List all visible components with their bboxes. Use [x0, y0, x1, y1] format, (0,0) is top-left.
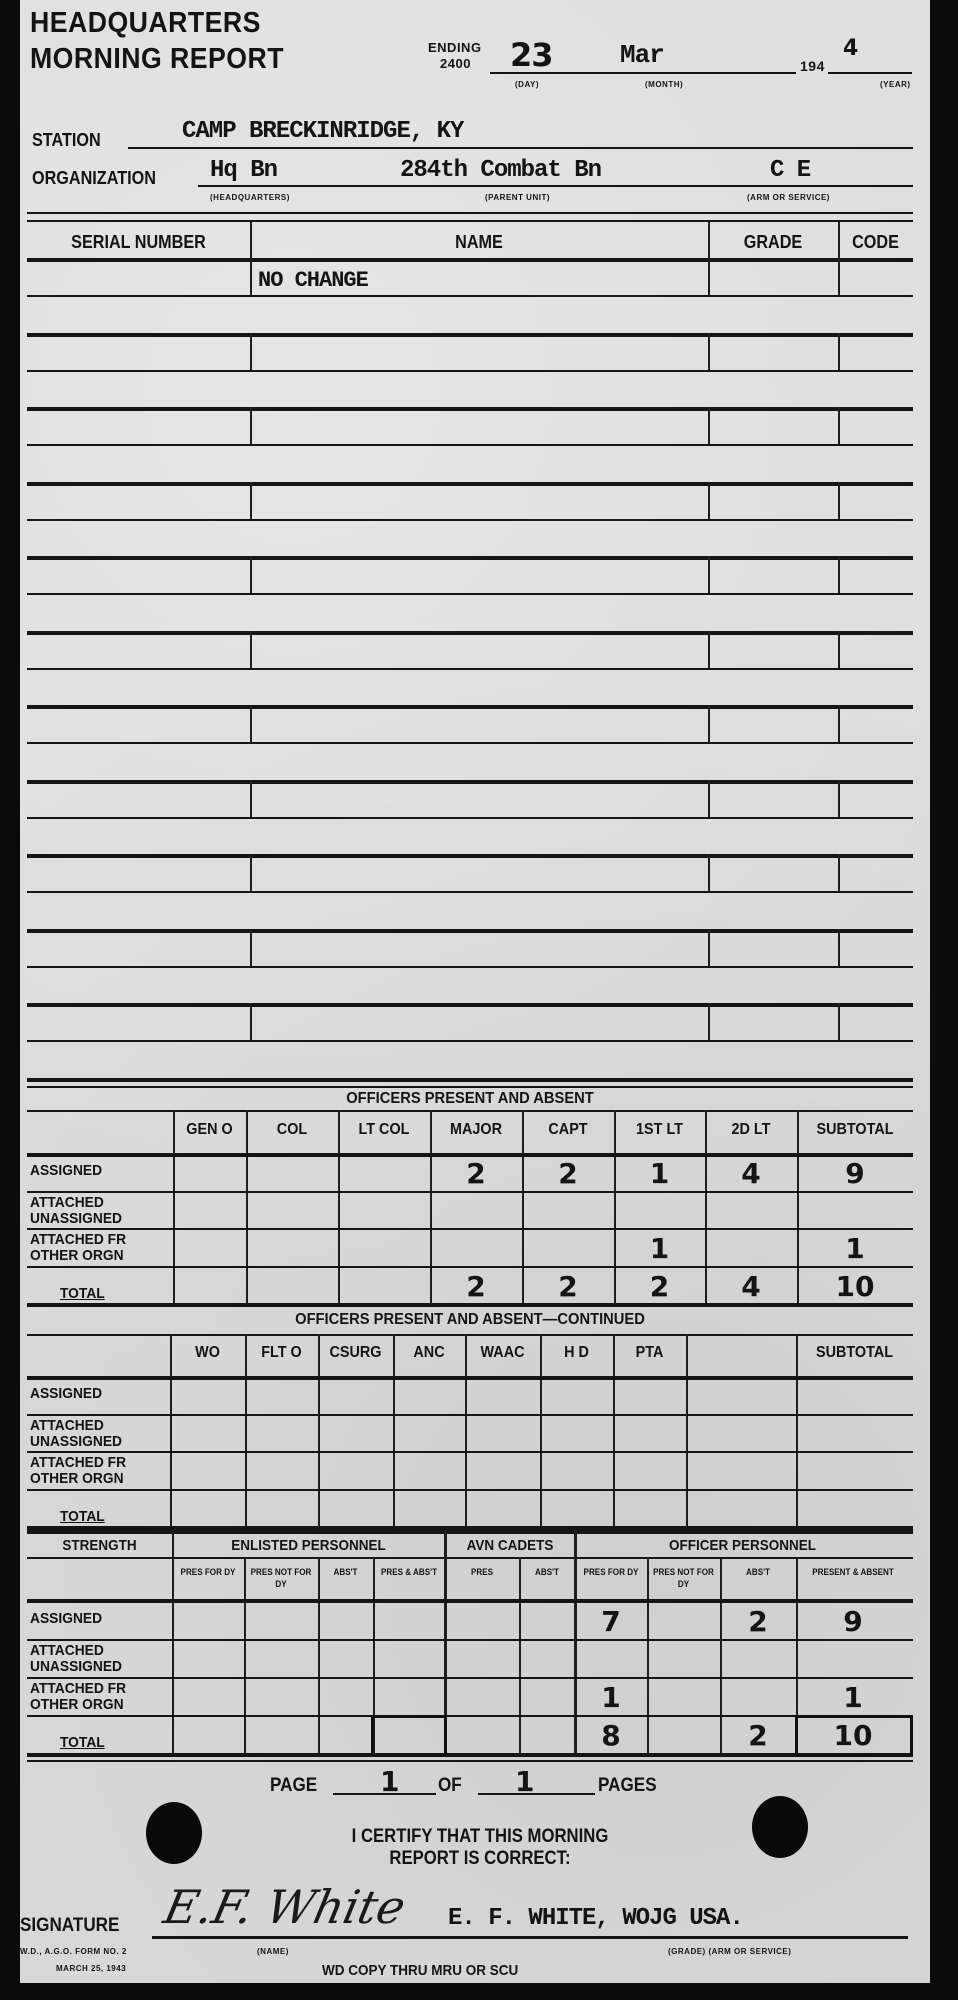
form-date: MARCH 25, 1943	[56, 1964, 126, 1973]
row-label: ATTACHED FR OTHER ORGN	[30, 1681, 154, 1713]
table-cell: 4	[705, 1270, 797, 1303]
pages-label: PAGES	[598, 1775, 657, 1797]
table-cell: 1	[575, 1681, 647, 1714]
column-header: PRESENT & ABSENT	[802, 1566, 905, 1578]
rule	[173, 1110, 175, 1303]
rule	[27, 1334, 913, 1336]
rule	[27, 1040, 913, 1042]
station-underline	[128, 147, 913, 149]
signature-label: SIGNATURE	[20, 1915, 119, 1937]
rule	[708, 258, 710, 295]
row-label: ATTACHED FR OTHER ORGN	[30, 1455, 154, 1487]
rule	[540, 1334, 542, 1526]
total-box-officer	[795, 1715, 913, 1757]
rule	[838, 929, 840, 966]
year-caption: (YEAR)	[880, 80, 911, 89]
rule	[27, 1086, 913, 1088]
certification-line2: REPORT IS CORRECT:	[295, 1848, 665, 1870]
row-label: ATTACHED UNASSIGNED	[30, 1643, 154, 1675]
day-caption: (DAY)	[515, 80, 539, 89]
rule	[27, 1760, 913, 1762]
rule	[708, 929, 710, 966]
organization-arm-service: C E	[770, 157, 810, 184]
rule	[27, 519, 913, 521]
rule	[250, 780, 252, 817]
rule	[838, 407, 840, 444]
column-header: LT COL	[343, 1121, 426, 1139]
rule	[27, 295, 913, 297]
year-underline	[828, 72, 912, 74]
column-header: SUBTOTAL	[803, 1121, 907, 1139]
report-year-digit: 4	[843, 36, 858, 61]
ending-label: ENDING	[428, 40, 482, 55]
rule	[27, 1557, 913, 1559]
certification-line1: I CERTIFY THAT THIS MORNING	[295, 1826, 665, 1848]
column-header: FLT O	[249, 1344, 315, 1362]
rule	[27, 1639, 913, 1641]
rule	[27, 1599, 913, 1603]
rule	[708, 705, 710, 742]
rule	[27, 1451, 913, 1453]
table-cell: 2	[614, 1270, 705, 1303]
rule	[250, 258, 252, 295]
rule	[250, 333, 252, 370]
rule	[708, 556, 710, 593]
rule	[27, 631, 913, 635]
rule	[27, 891, 913, 893]
table-cell: 2	[720, 1605, 796, 1638]
column-header: PRES NOT FOR DY	[248, 1566, 315, 1590]
handwritten-signature: E.F. White	[159, 1880, 410, 1934]
rule	[708, 333, 710, 370]
rule	[708, 407, 710, 444]
rule	[172, 1530, 174, 1557]
rule	[250, 929, 252, 966]
punch-hole-right	[752, 1796, 808, 1858]
table-cell: 9	[796, 1605, 910, 1638]
table-cell: 9	[797, 1157, 913, 1190]
rule	[27, 929, 913, 933]
ending-time-label: 2400	[440, 56, 471, 71]
rule	[27, 1677, 913, 1679]
rule	[393, 1334, 395, 1526]
table-cell: 10	[797, 1270, 913, 1303]
rule	[27, 1376, 913, 1380]
rule	[647, 1557, 649, 1753]
column-header: ABS'T	[724, 1566, 792, 1578]
name-caption: (NAME)	[257, 1947, 289, 1956]
rule	[250, 705, 252, 742]
row-label: TOTAL	[60, 1735, 152, 1751]
rule	[478, 1793, 595, 1795]
rule	[27, 1303, 913, 1307]
rule	[27, 1191, 913, 1193]
rule	[27, 220, 913, 222]
column-header: PRES FOR DY	[579, 1566, 644, 1578]
rule	[27, 333, 913, 337]
column-header: GEN O	[177, 1121, 243, 1139]
form-title-line2: MORNING REPORT	[30, 44, 284, 74]
punch-hole-left	[146, 1802, 202, 1864]
rule	[686, 1334, 688, 1526]
rule	[27, 668, 913, 670]
rule	[338, 1110, 340, 1303]
row-label: TOTAL	[60, 1286, 152, 1302]
month-caption: (MONTH)	[645, 80, 683, 89]
table-cell: 2	[430, 1270, 522, 1303]
column-header: PRES FOR DY	[176, 1566, 241, 1578]
rule	[27, 1266, 913, 1268]
organization-headquarters: Hq Bn	[210, 157, 277, 184]
of-label: OF	[438, 1775, 462, 1797]
col-code: CODE	[842, 232, 910, 253]
rule	[27, 1753, 913, 1757]
rule	[27, 1003, 913, 1007]
rule	[250, 407, 252, 444]
station-value: CAMP BRECKINRIDGE, KY	[182, 118, 463, 145]
rule	[27, 258, 913, 262]
rule	[27, 482, 913, 486]
column-header: 2D LT	[710, 1121, 793, 1139]
rule	[838, 556, 840, 593]
rule	[27, 705, 913, 709]
table-cell: 2	[430, 1157, 522, 1190]
rule	[250, 222, 252, 259]
rule	[27, 212, 913, 214]
rule	[708, 631, 710, 668]
organization-label: ORGANIZATION	[32, 168, 156, 189]
rule	[27, 854, 913, 858]
rule	[708, 222, 710, 259]
rule	[613, 1334, 615, 1526]
rule	[318, 1334, 320, 1526]
rule	[27, 444, 913, 446]
rule	[708, 780, 710, 817]
parent-unit-caption: (PARENT UNIT)	[485, 193, 550, 202]
report-day: 23	[510, 36, 553, 74]
table-cell: 1	[614, 1157, 705, 1190]
column-header: SUBTOTAL	[802, 1344, 907, 1362]
typed-name-grade: E. F. WHITE, WOJG USA.	[448, 1905, 743, 1932]
rule	[250, 854, 252, 891]
column-header: PRES NOT FOR DY	[651, 1566, 717, 1590]
column-header: PRES	[449, 1566, 516, 1578]
column-header: ANC	[397, 1344, 462, 1362]
rule	[519, 1557, 521, 1753]
morning-report-form	[20, 0, 930, 1983]
grade-caption: (GRADE) (ARM OR SERVICE)	[668, 1947, 791, 1956]
column-header: ABS'T	[522, 1566, 572, 1578]
rule	[318, 1557, 320, 1753]
rule	[27, 1414, 913, 1416]
rule	[27, 593, 913, 595]
form-number: W.D., A.G.O. FORM NO. 2	[20, 1947, 127, 1956]
column-header: 1ST LT	[619, 1121, 701, 1139]
col-name: NAME	[273, 232, 685, 253]
rule	[708, 1003, 710, 1040]
rule	[27, 1715, 913, 1717]
column-header: H D	[544, 1344, 610, 1362]
row-label: TOTAL	[60, 1509, 152, 1525]
officers-continued-title: OFFICERS PRESENT AND ABSENT—CONTINUED	[62, 1311, 877, 1329]
rule	[27, 817, 913, 819]
column-header: WO	[174, 1344, 242, 1362]
rule	[838, 854, 840, 891]
rule	[246, 1110, 248, 1303]
page-total: 1	[515, 1765, 534, 1798]
table-cell: 2	[522, 1270, 614, 1303]
rule	[708, 854, 710, 891]
rule	[838, 705, 840, 742]
row-label: ATTACHED UNASSIGNED	[30, 1195, 154, 1227]
rule	[838, 482, 840, 519]
col-serial-number: SERIAL NUMBER	[38, 232, 239, 253]
group-avn-cadets: AVN CADETS	[452, 1537, 569, 1554]
rule	[838, 333, 840, 370]
rule	[465, 1334, 467, 1526]
group-enlisted-personnel: ENLISTED PERSONNEL	[186, 1537, 432, 1554]
station-label: STATION	[32, 130, 101, 151]
rule	[27, 407, 913, 411]
entry-name: NO CHANGE	[258, 268, 368, 293]
report-month: Mar	[620, 40, 664, 70]
table-cell: 1	[796, 1681, 910, 1714]
column-header: MAJOR	[435, 1121, 518, 1139]
page-number: 1	[380, 1765, 399, 1798]
table-cell: 7	[575, 1605, 647, 1638]
signature-line	[152, 1936, 908, 1939]
rule	[244, 1557, 246, 1753]
form-title-line1: HEADQUARTERS	[30, 8, 261, 38]
rule	[27, 966, 913, 968]
column-header: COL	[251, 1121, 334, 1139]
rule	[27, 1228, 913, 1230]
rule	[250, 482, 252, 519]
rule	[250, 556, 252, 593]
rule	[27, 1530, 913, 1534]
rule	[27, 370, 913, 372]
organization-parent-unit: 284th Combat Bn	[400, 157, 601, 184]
rule	[838, 1003, 840, 1040]
column-header: WAAC	[469, 1344, 537, 1362]
column-header: ABS'T	[321, 1566, 371, 1578]
table-cell: 2	[720, 1719, 796, 1752]
column-header: CAPT	[527, 1121, 610, 1139]
rule	[27, 556, 913, 560]
row-label: ASSIGNED	[30, 1386, 154, 1402]
table-cell: 8	[575, 1719, 647, 1752]
rule	[250, 631, 252, 668]
group-officer-personnel: OFFICER PERSONNEL	[592, 1537, 894, 1554]
col-grade: GRADE	[715, 232, 832, 253]
total-box-enlisted	[371, 1715, 447, 1757]
rule	[27, 742, 913, 744]
rule	[796, 1334, 798, 1526]
column-header: CSURG	[322, 1344, 390, 1362]
rule	[838, 631, 840, 668]
officers-title: OFFICERS PRESENT AND ABSENT	[62, 1090, 877, 1108]
table-cell: 4	[705, 1157, 797, 1190]
table-cell: 1	[797, 1232, 913, 1265]
rule	[838, 258, 840, 295]
table-cell: 1	[614, 1232, 705, 1265]
rule	[27, 1078, 913, 1082]
rule	[27, 1489, 913, 1491]
year-prefix: 194	[800, 58, 825, 74]
rule	[245, 1334, 247, 1526]
strength-label: STRENGTH	[34, 1537, 165, 1554]
rule	[27, 780, 913, 784]
row-label: ATTACHED FR OTHER ORGN	[30, 1232, 154, 1264]
table-cell: 2	[522, 1157, 614, 1190]
page-label: PAGE	[270, 1775, 317, 1797]
row-label: ASSIGNED	[30, 1163, 154, 1179]
arm-service-caption: (ARM OR SERVICE)	[747, 193, 830, 202]
rule	[838, 780, 840, 817]
rule	[250, 1003, 252, 1040]
rule	[172, 1557, 174, 1753]
rule	[838, 222, 840, 259]
row-label: ATTACHED UNASSIGNED	[30, 1418, 154, 1450]
column-header: PTA	[617, 1344, 683, 1362]
headquarters-caption: (HEADQUARTERS)	[210, 193, 290, 202]
rule	[27, 1110, 913, 1112]
row-label: ASSIGNED	[30, 1611, 154, 1627]
rule	[708, 482, 710, 519]
rule	[170, 1334, 172, 1526]
organization-underline	[198, 185, 913, 187]
routing-note: WD COPY THRU MRU OR SCU	[322, 1962, 518, 1979]
column-header: PRES & ABS'T	[377, 1566, 442, 1578]
